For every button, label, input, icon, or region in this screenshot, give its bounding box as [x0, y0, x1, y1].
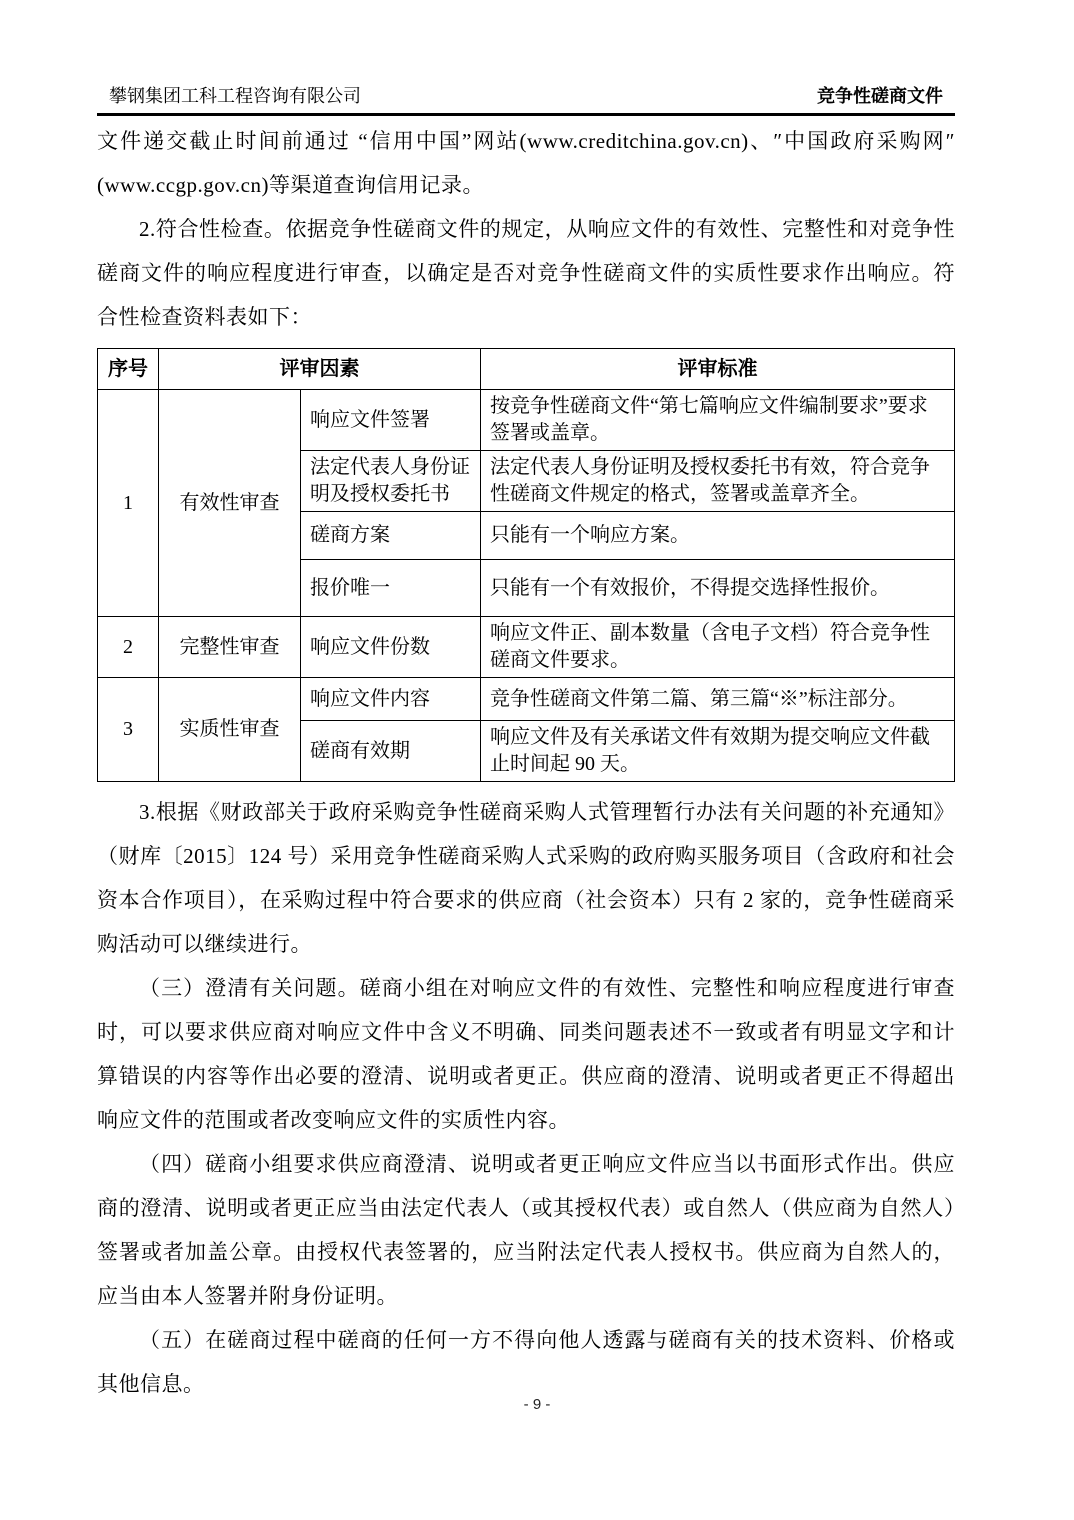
cell-row1-factor-1: 响应文件签署: [301, 390, 481, 451]
cell-row1-standard-3: 只能有一个响应方案。: [481, 512, 955, 560]
cell-row3-category: 实质性审查: [159, 678, 301, 782]
cell-row3-factor-2: 磋商有效期: [301, 721, 481, 782]
cell-row1-factor-2: 法定代表人身份证明及授权委托书: [301, 451, 481, 512]
cell-row1-standard-2: 法定代表人身份证明及授权委托书有效，符合竞争性磋商文件规定的格式，签署或盖章齐全…: [481, 451, 955, 512]
cell-row1-category: 有效性审查: [159, 390, 301, 617]
cell-row3-standard-1: 竞争性磋商文件第二篇、第三篇“※”标注部分。: [481, 678, 955, 721]
cell-row1-standard-4: 只能有一个有效报价，不得提交选择性报价。: [481, 560, 955, 617]
paragraph-written-form: （四）磋商小组要求供应商澄清、说明或者更正响应文件应当以书面形式作出。供应商的澄…: [97, 1142, 955, 1318]
paragraph-confidentiality: （五）在磋商过程中磋商的任何一方不得向他人透露与磋商有关的技术资料、价格或其他信…: [97, 1318, 955, 1406]
table-row: 1 有效性审查 响应文件签署 按竞争性磋商文件“第七篇响应文件编制要求”要求签署…: [98, 390, 955, 451]
header-cell-no: 序号: [98, 349, 159, 390]
paragraph-supplement-notice: 3.根据《财政部关于政府采购竞争性磋商采购人式管理暂行办法有关问题的补充通知》（…: [97, 790, 955, 966]
cell-row3-standard-2: 响应文件及有关承诺文件有效期为提交响应文件截止时间起 90 天。: [481, 721, 955, 782]
header-cell-factor: 评审因素: [159, 349, 481, 390]
cell-row1-factor-3: 磋商方案: [301, 512, 481, 560]
cell-row1-factor-4: 报价唯一: [301, 560, 481, 617]
paragraph-compliance-check-intro: 2.符合性检查。依据竞争性磋商文件的规定，从响应文件的有效性、完整性和对竞争性磋…: [97, 207, 955, 339]
table-row: 2 完整性审查 响应文件份数 响应文件正、副本数量（含电子文档）符合竞争性磋商文…: [98, 617, 955, 678]
cell-row2-standard-1: 响应文件正、副本数量（含电子文档）符合竞争性磋商文件要求。: [481, 617, 955, 678]
paragraph-credit-check-continuation: 文件递交截止时间前通过 “信用中国”网站(www.creditchina.gov…: [97, 119, 955, 207]
document-page: 攀钢集团工科工程咨询有限公司 竞争性磋商文件 文件递交截止时间前通过 “信用中国…: [97, 84, 955, 1406]
table-header-row: 序号 评审因素 评审标准: [98, 349, 955, 390]
cell-row2-no: 2: [98, 617, 159, 678]
cell-row3-factor-1: 响应文件内容: [301, 678, 481, 721]
cell-row2-category: 完整性审查: [159, 617, 301, 678]
paragraph-clarification: （三）澄清有关问题。磋商小组在对响应文件的有效性、完整性和响应程度进行审查时，可…: [97, 966, 955, 1142]
cell-row3-no: 3: [98, 678, 159, 782]
page-number: - 9 -: [0, 1396, 1074, 1413]
header-company-name: 攀钢集团工科工程咨询有限公司: [109, 84, 361, 108]
table-row: 3 实质性审查 响应文件内容 竞争性磋商文件第二篇、第三篇“※”标注部分。: [98, 678, 955, 721]
compliance-check-table: 序号 评审因素 评审标准 1 有效性审查 响应文件签署 按竞争性磋商文件“第七篇…: [97, 348, 955, 782]
page-header: 攀钢集团工科工程咨询有限公司 竞争性磋商文件: [97, 84, 955, 116]
document-body: 文件递交截止时间前通过 “信用中国”网站(www.creditchina.gov…: [97, 119, 955, 1406]
header-document-type: 竞争性磋商文件: [817, 84, 943, 108]
header-cell-standard: 评审标准: [481, 349, 955, 390]
cell-row1-standard-1: 按竞争性磋商文件“第七篇响应文件编制要求”要求签署或盖章。: [481, 390, 955, 451]
cell-row1-no: 1: [98, 390, 159, 617]
cell-row2-factor-1: 响应文件份数: [301, 617, 481, 678]
